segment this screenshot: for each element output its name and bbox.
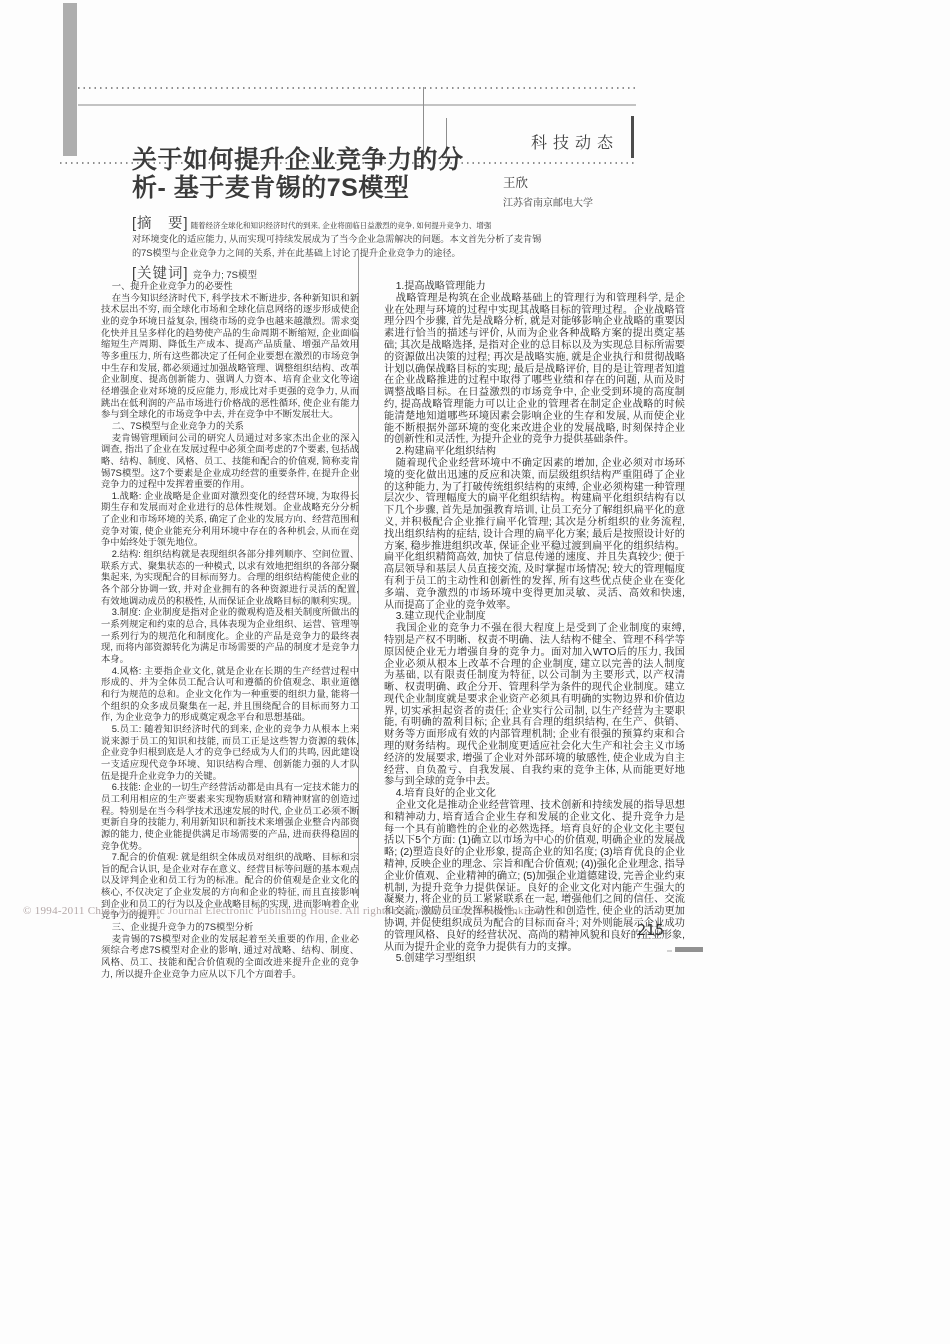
paragraph: 一、提升企业竞争力的必要性 [101, 281, 359, 293]
journal-section-label: 科技动态 [531, 130, 619, 153]
abstract-block: [摘 要]随着经济全球化和知识经济时代的到来, 企业将面临日益激烈的竞争, 如何… [132, 212, 562, 283]
paragraph: 随着现代企业经营环境中不确定因素的增加, 企业必须对市场环境的变化做出迅速的反应… [384, 458, 685, 611]
keywords-label: [关键词] [132, 266, 189, 282]
article-title-line-2: 析- 基于麦肯锡的7S模型 [132, 175, 492, 203]
abstract-text-line-1: 随着经济全球化和知识经济时代的到来, 企业将面临日益激烈的竞争, 如何提升竞争力… [191, 221, 492, 230]
paragraph: 6.技能: 企业的一切生产经营活动都是由具有一定技术能力的员工利用相应的生产要素… [101, 782, 359, 852]
copyright-text: © 1994-2011 China Academic Journal Elect… [23, 905, 436, 917]
paragraph: 我国企业的竞争力不强在很大程度上是受到了企业制度的束缚, 特别是产权不明晰、权责… [384, 623, 685, 788]
page-number-underline-bar [675, 947, 703, 952]
paragraph: 4.风格: 主要指企业文化, 就是企业在长期的生产经营过程中形成的、并为全体员工… [101, 666, 359, 724]
abstract-text-line-3: 的7S模型与企业竞争力之间的关系, 并在此基础上讨论了提升企业竞争力的途径。 [132, 247, 562, 261]
margin-ornament-bar [63, 3, 77, 156]
paragraph: 战略管理是构筑在企业战略基础上的管理行为和管理科学, 是企业在处理与环境的过程中… [384, 293, 685, 446]
paragraph: 麦肯锡管理顾问公司的研究人员通过对多家杰出企业的深入调查, 指出了企业在发展过程… [101, 433, 359, 491]
header-dotted-rule [78, 87, 636, 89]
article-title: 关于如何提升企业竞争力的分 析- 基于麦肯锡的7S模型 [132, 147, 492, 202]
paragraph: 4.培育良好的企业文化 [384, 788, 685, 800]
paragraph: 1.战略: 企业战略是企业面对激烈变化的经营环境, 为取得长期生存和发展而对企业… [101, 491, 359, 549]
left-column: 一、提升企业竞争力的必要性 在当今知识经济时代下, 科学技术不断进步, 各种新知… [101, 281, 359, 980]
copyright-notice: © 1994-2011 China Academic Journal Elect… [23, 905, 545, 917]
abstract-text-line-2: 对环境变化的适应能力, 从而实现可持续发展成为了当今企业急需解决的问题。本文首先… [132, 233, 562, 247]
paragraph: 麦肯锡的7S模型对企业的发展起着至关重要的作用, 企业必须综合考虑7S模型对企业… [101, 934, 359, 981]
paragraph: 二、7S模型与企业竞争力的关系 [101, 421, 359, 433]
keywords-text: 竞争力; 7S模型 [193, 270, 257, 281]
right-column: 1.提高战略管理能力 战略管理是构筑在企业战略基础上的管理行为和管理科学, 是企… [384, 281, 685, 965]
paragraph: 2.结构: 组织结构就是表现组织各部分排列顺序、空间位置、联系方式、聚集状态的一… [101, 549, 359, 607]
paragraph: 5.创建学习型组织 [384, 953, 685, 965]
abstract-row: [摘 要]随着经济全球化和知识经济时代的到来, 企业将面临日益激烈的竞争, 如何… [132, 212, 562, 233]
scanned-paper-page: 科技动态 关于如何提升企业竞争力的分 析- 基于麦肯锡的7S模型 王欣 江苏省南… [0, 0, 950, 1344]
paragraph: 三、企业提升竞争力的7S模型分析 [101, 922, 359, 934]
keywords-row: [关键词]竞争力; 7S模型 [132, 262, 562, 283]
paragraph: 2.构建扁平化组织结构 [384, 446, 685, 458]
paragraph: 在当今知识经济时代下, 科学技术不断进步, 各种新知识和新技术层出不穷, 而全球… [101, 293, 359, 421]
abstract-label: [摘 要] [132, 216, 189, 232]
paragraph: 5.员工: 随着知识经济时代的到来, 企业的竞争力从根本上来说来源于员工的知识和… [101, 724, 359, 782]
author-affiliation: 江苏省南京邮电大学 [503, 194, 593, 209]
paragraph: 1.提高战略管理能力 [384, 281, 685, 293]
header-rule [78, 104, 636, 106]
paragraph: 3.制度: 企业制度是指对企业的微观构造及相关制度所做出的一系列规定和约束的总合… [101, 607, 359, 665]
author-name: 王欣 [503, 173, 593, 191]
paragraph: 3.建立现代企业制度 [384, 611, 685, 623]
page-number-dots [667, 950, 672, 952]
section-label-bar [631, 116, 634, 158]
page-number: 215 [637, 921, 664, 939]
article-title-line-1: 关于如何提升企业竞争力的分 [132, 147, 492, 175]
cnki-url: http://www.cnki.net [452, 905, 545, 917]
author-block: 王欣 江苏省南京邮电大学 [503, 173, 593, 209]
